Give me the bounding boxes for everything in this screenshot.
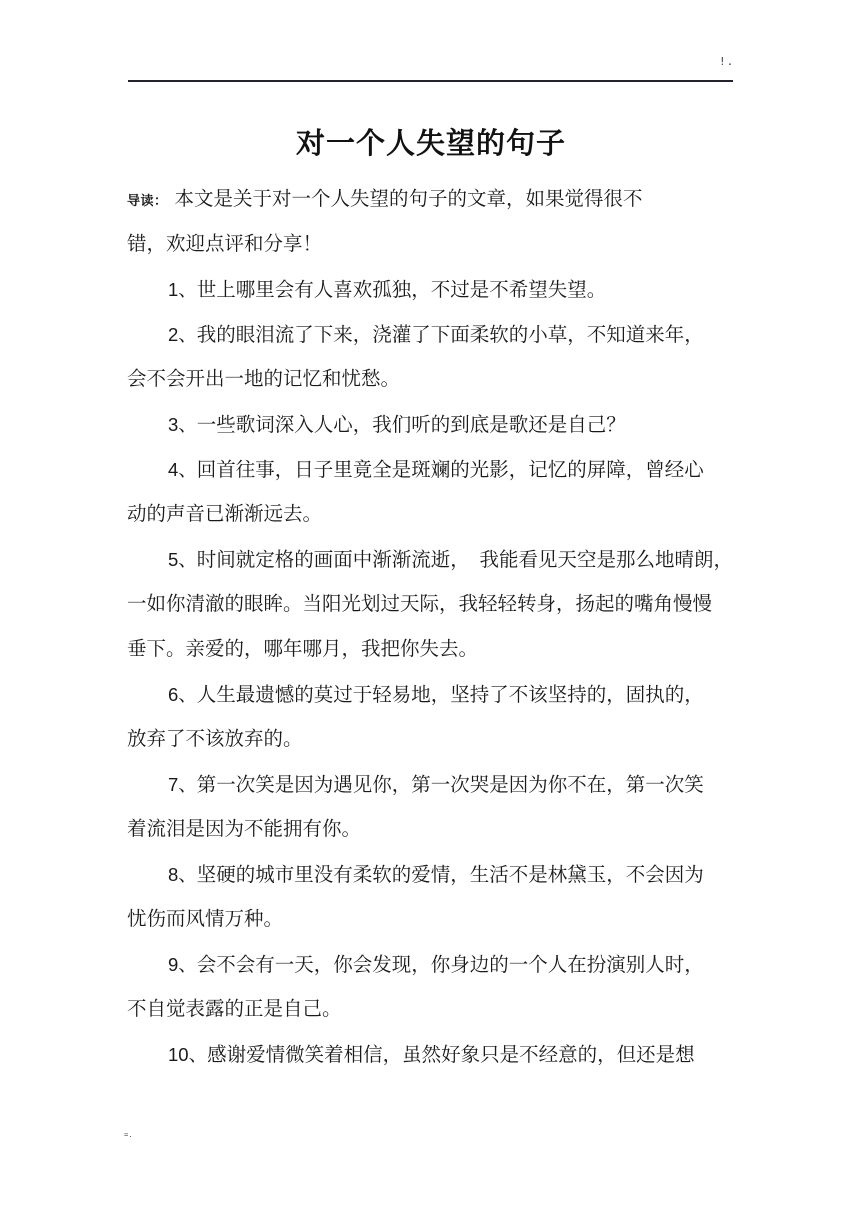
line-text: 动的声音已渐渐远去。	[127, 504, 322, 525]
document-body: 导读：本文是关于对一个人失望的句子的文章，如果觉得很不错，欢迎点评和分享！1、世…	[127, 177, 743, 1077]
line-text: 时间就定格的画面中渐渐流逝， 我能看见天空是那么地晴朗，	[197, 550, 733, 571]
item-number: 8、	[168, 864, 197, 885]
sentence-line: 动的声音已渐渐远去。	[127, 492, 743, 537]
sentence-line: 会不会开出一地的记忆和忧愁。	[127, 357, 743, 402]
item-number: 4、	[168, 459, 197, 480]
sentence-line: 8、坚硬的城市里没有柔软的爱情，生活不是林黛玉，不会因为	[127, 852, 743, 897]
sentence-line: 6、人生最遗憾的莫过于轻易地，坚持了不该坚持的，固执的，	[127, 672, 743, 717]
item-number: 3、	[168, 414, 197, 435]
header-rule	[128, 80, 733, 82]
line-text: 不自觉表露的正是自己。	[127, 999, 342, 1020]
item-number: 1、	[168, 279, 197, 300]
sentence-line: 9、会不会有一天，你会发现，你身边的一个人在扮演别人时，	[127, 942, 743, 987]
intro-line: 错，欢迎点评和分享！	[127, 222, 743, 267]
item-number: 5、	[168, 549, 197, 570]
sentence-line: 7、第一次笑是因为遇见你，第一次哭是因为你不在，第一次笑	[127, 762, 743, 807]
item-number: 10、	[168, 1044, 207, 1065]
header-print-artifact: !.	[719, 56, 734, 67]
sentence-line: 4、回首往事，日子里竟全是斑斓的光影，记忆的屏障，曾经心	[127, 447, 743, 492]
line-text: 本文是关于对一个人失望的句子的文章，如果觉得很不	[175, 189, 643, 210]
intro-line: 导读：本文是关于对一个人失望的句子的文章，如果觉得很不	[127, 177, 743, 222]
item-number: 9、	[168, 954, 197, 975]
line-text: 感谢爱情微笑着相信，虽然好象只是不经意的，但还是想	[207, 1045, 695, 1066]
sentence-line: 不自觉表露的正是自己。	[127, 987, 743, 1032]
line-text: 我的眼泪流了下来，浇灌了下面柔软的小草，不知道来年，	[197, 325, 704, 346]
line-text: 世上哪里会有人喜欢孤独，不过是不希望失望。	[197, 280, 607, 301]
sentence-line: 3、一些歌词深入人心，我们听的到底是歌还是自己？	[127, 402, 743, 447]
sentence-line: 10、感谢爱情微笑着相信，虽然好象只是不经意的，但还是想	[127, 1032, 743, 1077]
line-text: 放弃了不该放弃的。	[127, 729, 303, 750]
intro-label: 导读：	[127, 193, 168, 208]
item-number: 7、	[168, 774, 197, 795]
sentence-line: 一如你清澈的眼眸。当阳光划过天际，我轻轻转身，扬起的嘴角慢慢	[127, 582, 743, 627]
item-number: 2、	[168, 324, 197, 345]
line-text: 人生最遗憾的莫过于轻易地，坚持了不该坚持的，固执的，	[197, 685, 704, 706]
line-text: 坚硬的城市里没有柔软的爱情，生活不是林黛玉，不会因为	[197, 865, 704, 886]
line-text: 第一次笑是因为遇见你，第一次哭是因为你不在，第一次笑	[197, 775, 704, 796]
line-text: 会不会有一天，你会发现，你身边的一个人在扮演别人时，	[197, 955, 704, 976]
document-page: !. 对一个人失望的句子 导读：本文是关于对一个人失望的句子的文章，如果觉得很不…	[0, 0, 860, 1218]
line-text: 忧伤而风情万种。	[127, 909, 283, 930]
sentence-line: 着流泪是因为不能拥有你。	[127, 807, 743, 852]
sentence-line: 放弃了不该放弃的。	[127, 717, 743, 762]
sentence-line: 1、世上哪里会有人喜欢孤独，不过是不希望失望。	[127, 267, 743, 312]
line-text: 垂下。亲爱的，哪年哪月，我把你失去。	[127, 639, 478, 660]
line-text: 一如你清澈的眼眸。当阳光划过天际，我轻轻转身，扬起的嘴角慢慢	[127, 594, 712, 615]
page-title: 对一个人失望的句子	[127, 126, 735, 162]
line-text: 错，欢迎点评和分享！	[127, 234, 322, 255]
sentence-line: 2、我的眼泪流了下来，浇灌了下面柔软的小草，不知道来年，	[127, 312, 743, 357]
line-text: 一些歌词深入人心，我们听的到底是歌还是自己？	[197, 415, 626, 436]
line-text: 回首往事，日子里竟全是斑斓的光影，记忆的屏障，曾经心	[197, 460, 704, 481]
sentence-line: 5、时间就定格的画面中渐渐流逝， 我能看见天空是那么地晴朗，	[127, 537, 743, 582]
item-number: 6、	[168, 684, 197, 705]
footer-print-artifact: =.	[124, 1132, 133, 1138]
line-text: 会不会开出一地的记忆和忧愁。	[127, 369, 400, 390]
line-text: 着流泪是因为不能拥有你。	[127, 819, 361, 840]
sentence-line: 垂下。亲爱的，哪年哪月，我把你失去。	[127, 627, 743, 672]
sentence-line: 忧伤而风情万种。	[127, 897, 743, 942]
